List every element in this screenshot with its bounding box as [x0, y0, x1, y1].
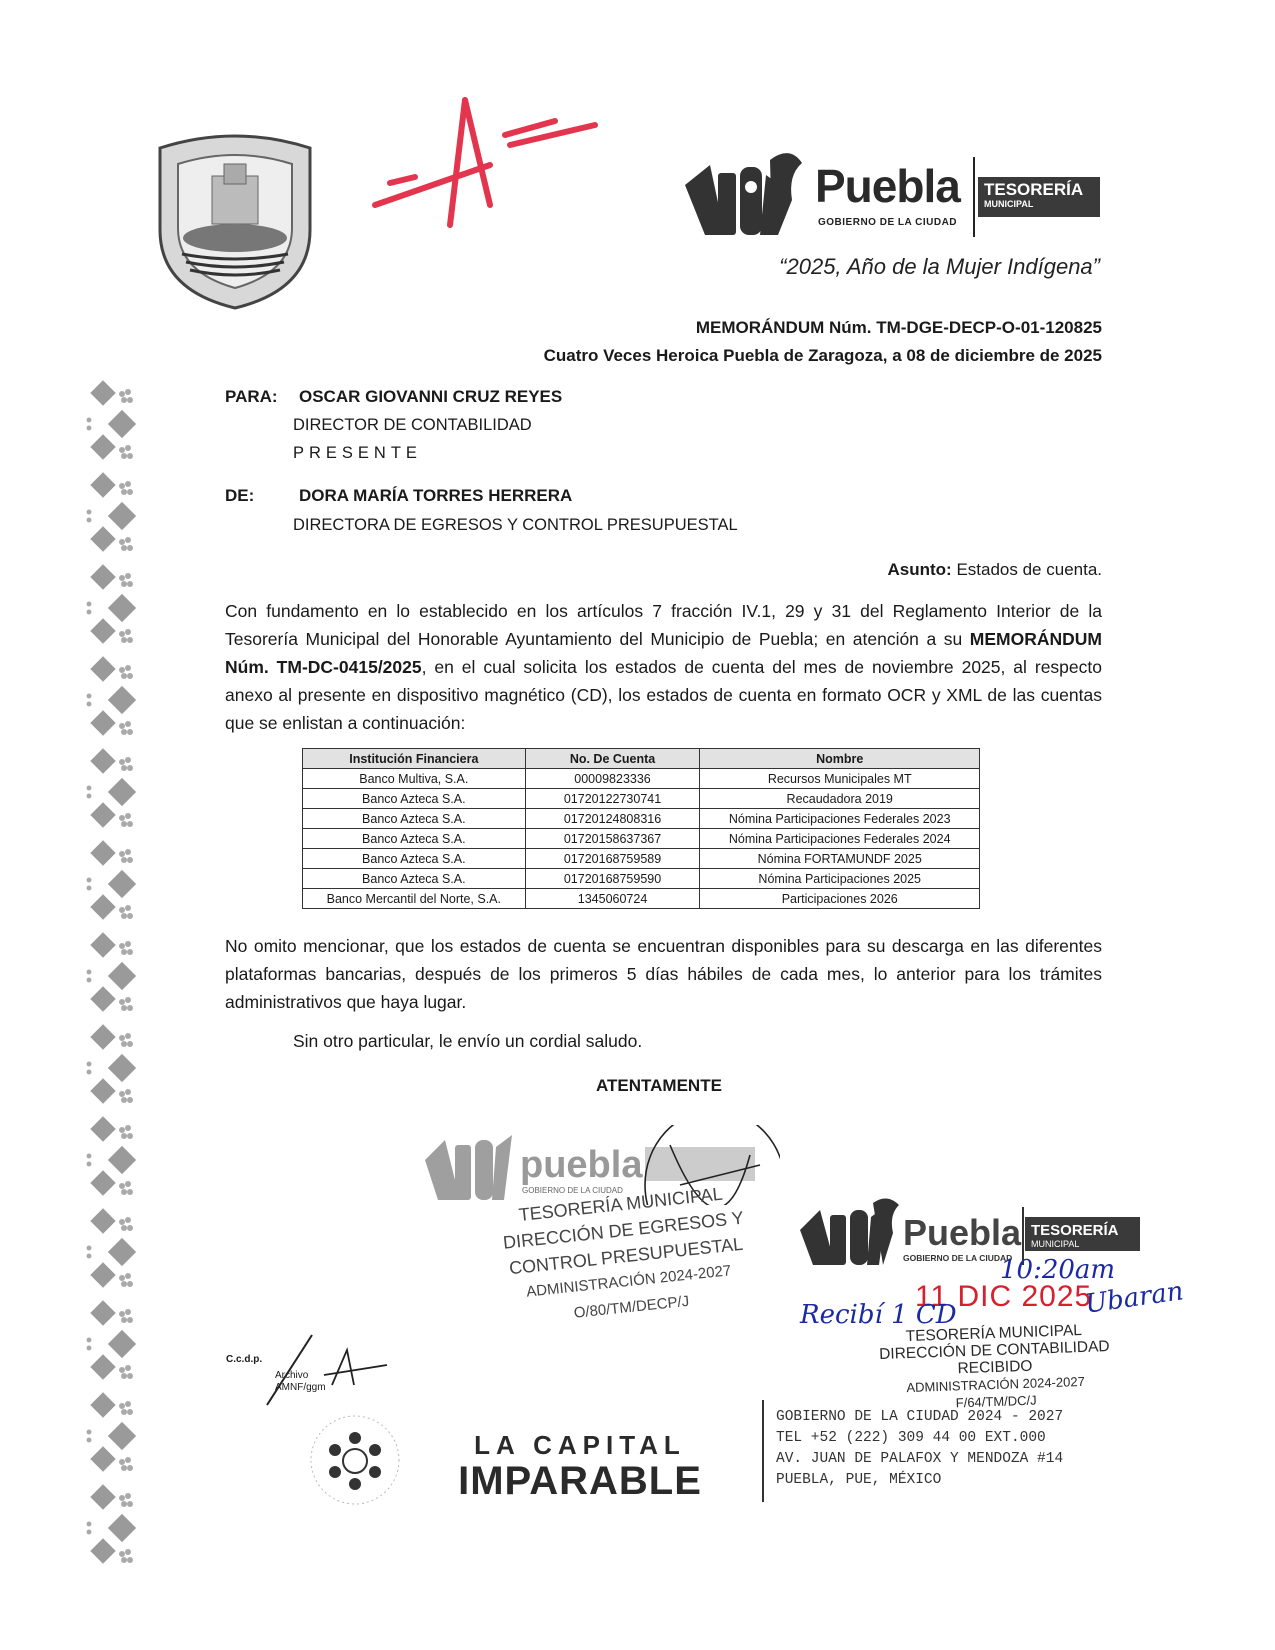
footer-address: GOBIERNO DE LA CIUDAD 2024 - 2027 TEL +5…: [776, 1407, 1063, 1491]
handwritten-initials-mark: [370, 95, 600, 235]
column-header: Nombre: [700, 749, 980, 769]
table-row: Banco Azteca S.A.01720158637367Nómina Pa…: [303, 829, 980, 849]
account-number-cell: 1345060724: [525, 889, 700, 909]
account-number-cell: 00009823336: [525, 769, 700, 789]
logo-divider: [973, 157, 975, 237]
department-line2: MUNICIPAL: [984, 199, 1094, 210]
svg-text:puebla: puebla: [520, 1144, 643, 1186]
svg-text:TESORERÍA: TESORERÍA: [1031, 1222, 1119, 1239]
institution-cell: Banco Azteca S.A.: [303, 789, 526, 809]
account-number-cell: 01720168759589: [525, 849, 700, 869]
address-line: PUEBLA, PUE, MÉXICO: [776, 1470, 1063, 1491]
table-row: Banco Multiva, S.A.00009823336Recursos M…: [303, 769, 980, 789]
slogan-line2: IMPARABLE: [440, 1461, 720, 1501]
institution-cell: Banco Azteca S.A.: [303, 869, 526, 889]
svg-text:MUNICIPAL: MUNICIPAL: [1031, 1239, 1079, 1249]
subject-value: Estados de cuenta.: [956, 560, 1102, 579]
table-header-row: Institución Financiera No. De Cuenta Nom…: [303, 749, 980, 769]
handwritten-note: Recibí 1 CD: [800, 1300, 957, 1330]
sender-label: DE:: [225, 486, 254, 506]
closing-line: Sin otro particular, le envío un cordial…: [293, 1031, 642, 1052]
department-line1: TESORERÍA: [984, 181, 1094, 199]
slogan-line1: LA CAPITAL: [440, 1430, 720, 1461]
institution-cell: Banco Mercantil del Norte, S.A.: [303, 889, 526, 909]
table-row: Banco Mercantil del Norte, S.A.134506072…: [303, 889, 980, 909]
table-row: Banco Azteca S.A.01720124808316Nómina Pa…: [303, 809, 980, 829]
received-stamp: Puebla GOBIERNO DE LA CIUDAD TESORERÍA M…: [795, 1195, 1165, 1425]
sender-stamp-text: TESORERÍA MUNICIPAL DIRECCIÓN DE EGRESOS…: [490, 1178, 762, 1334]
received-stamp-text: TESORERÍA MUNICIPAL DIRECCIÓN DE CONTABI…: [844, 1320, 1147, 1415]
svg-text:Puebla: Puebla: [903, 1212, 1022, 1253]
table-row: Banco Azteca S.A.01720122730741Recaudado…: [303, 789, 980, 809]
memo-place-date: Cuatro Veces Heroica Puebla de Zaragoza,…: [544, 346, 1102, 366]
subject-label: Asunto:: [888, 560, 952, 579]
sender-department-stamp: puebla GOBIERNO DE LA CIUDAD TESORERÍA M…: [420, 1125, 780, 1325]
subject-line: Asunto: Estados de cuenta.: [888, 560, 1103, 580]
ccp-label: C.c.d.p.: [226, 1354, 262, 1365]
account-name-cell: Nómina Participaciones Federales 2023: [700, 809, 980, 829]
account-name-cell: Nómina FORTAMUNDF 2025: [700, 849, 980, 869]
account-number-cell: 01720122730741: [525, 789, 700, 809]
account-number-cell: 01720168759590: [525, 869, 700, 889]
recipient-role: DIRECTOR DE CONTABILIDAD: [293, 416, 532, 435]
column-header: No. De Cuenta: [525, 749, 700, 769]
puebla-emblem-icon: [680, 145, 810, 240]
account-name-cell: Recursos Municipales MT: [700, 769, 980, 789]
sender-role: DIRECTORA DE EGRESOS Y CONTROL PRESUPUES…: [293, 516, 738, 535]
body-paragraph-1: Con fundamento en lo establecido en los …: [225, 597, 1102, 737]
recipient-name: OSCAR GIOVANNI CRUZ REYES: [299, 387, 562, 407]
logo-tagline: GOBIERNO DE LA CIUDAD: [818, 217, 957, 228]
institution-cell: Banco Azteca S.A.: [303, 849, 526, 869]
account-name-cell: Participaciones 2026: [700, 889, 980, 909]
account-name-cell: Nómina Participaciones Federales 2024: [700, 829, 980, 849]
city-slogan: LA CAPITAL IMPARABLE: [440, 1430, 720, 1501]
svg-text:GOBIERNO DE LA CIUDAD: GOBIERNO DE LA CIUDAD: [903, 1253, 1012, 1263]
recipient-label: PARA:: [225, 387, 278, 407]
table-row: Banco Azteca S.A.01720168759589Nómina FO…: [303, 849, 980, 869]
table-row: Banco Azteca S.A.01720168759590Nómina Pa…: [303, 869, 980, 889]
recipient-present: PRESENTE: [293, 444, 422, 463]
accounts-table: Institución Financiera No. De Cuenta Nom…: [302, 748, 980, 909]
address-line: TEL +52 (222) 309 44 00 EXT.000: [776, 1428, 1063, 1449]
address-line: AV. JUAN DE PALAFOX Y MENDOZA #14: [776, 1449, 1063, 1470]
account-number-cell: 01720158637367: [525, 829, 700, 849]
year-motto: “2025, Año de la Mujer Indígena”: [779, 254, 1100, 280]
account-name-cell: Recaudadora 2019: [700, 789, 980, 809]
decorative-border-pattern: [84, 378, 144, 1573]
institution-cell: Banco Azteca S.A.: [303, 829, 526, 849]
institution-cell: Banco Azteca S.A.: [303, 809, 526, 829]
address-line: GOBIERNO DE LA CIUDAD 2024 - 2027: [776, 1407, 1063, 1428]
department-badge: TESORERÍA MUNICIPAL: [978, 177, 1100, 217]
sign-off: ATENTAMENTE: [596, 1076, 722, 1096]
body-paragraph-2: No omito mencionar, que los estados de c…: [225, 932, 1102, 1016]
institution-cell: Banco Multiva, S.A.: [303, 769, 526, 789]
equality-certification-seal-icon: [305, 1410, 405, 1510]
city-coat-of-arms-icon: [150, 130, 320, 310]
logo-wordmark: Puebla: [815, 159, 960, 213]
account-name-cell: Nómina Participaciones 2025: [700, 869, 980, 889]
account-number-cell: 01720124808316: [525, 809, 700, 829]
handwritten-initials-icon: [262, 1330, 392, 1410]
memo-number: MEMORÁNDUM Núm. TM-DGE-DECP-O-01-120825: [696, 318, 1102, 338]
column-header: Institución Financiera: [303, 749, 526, 769]
puebla-tesoreria-logo: Puebla GOBIERNO DE LA CIUDAD TESORERÍA M…: [680, 145, 1100, 240]
sender-name: DORA MARÍA TORRES HERRERA: [299, 486, 572, 506]
footer-divider: [762, 1400, 764, 1502]
